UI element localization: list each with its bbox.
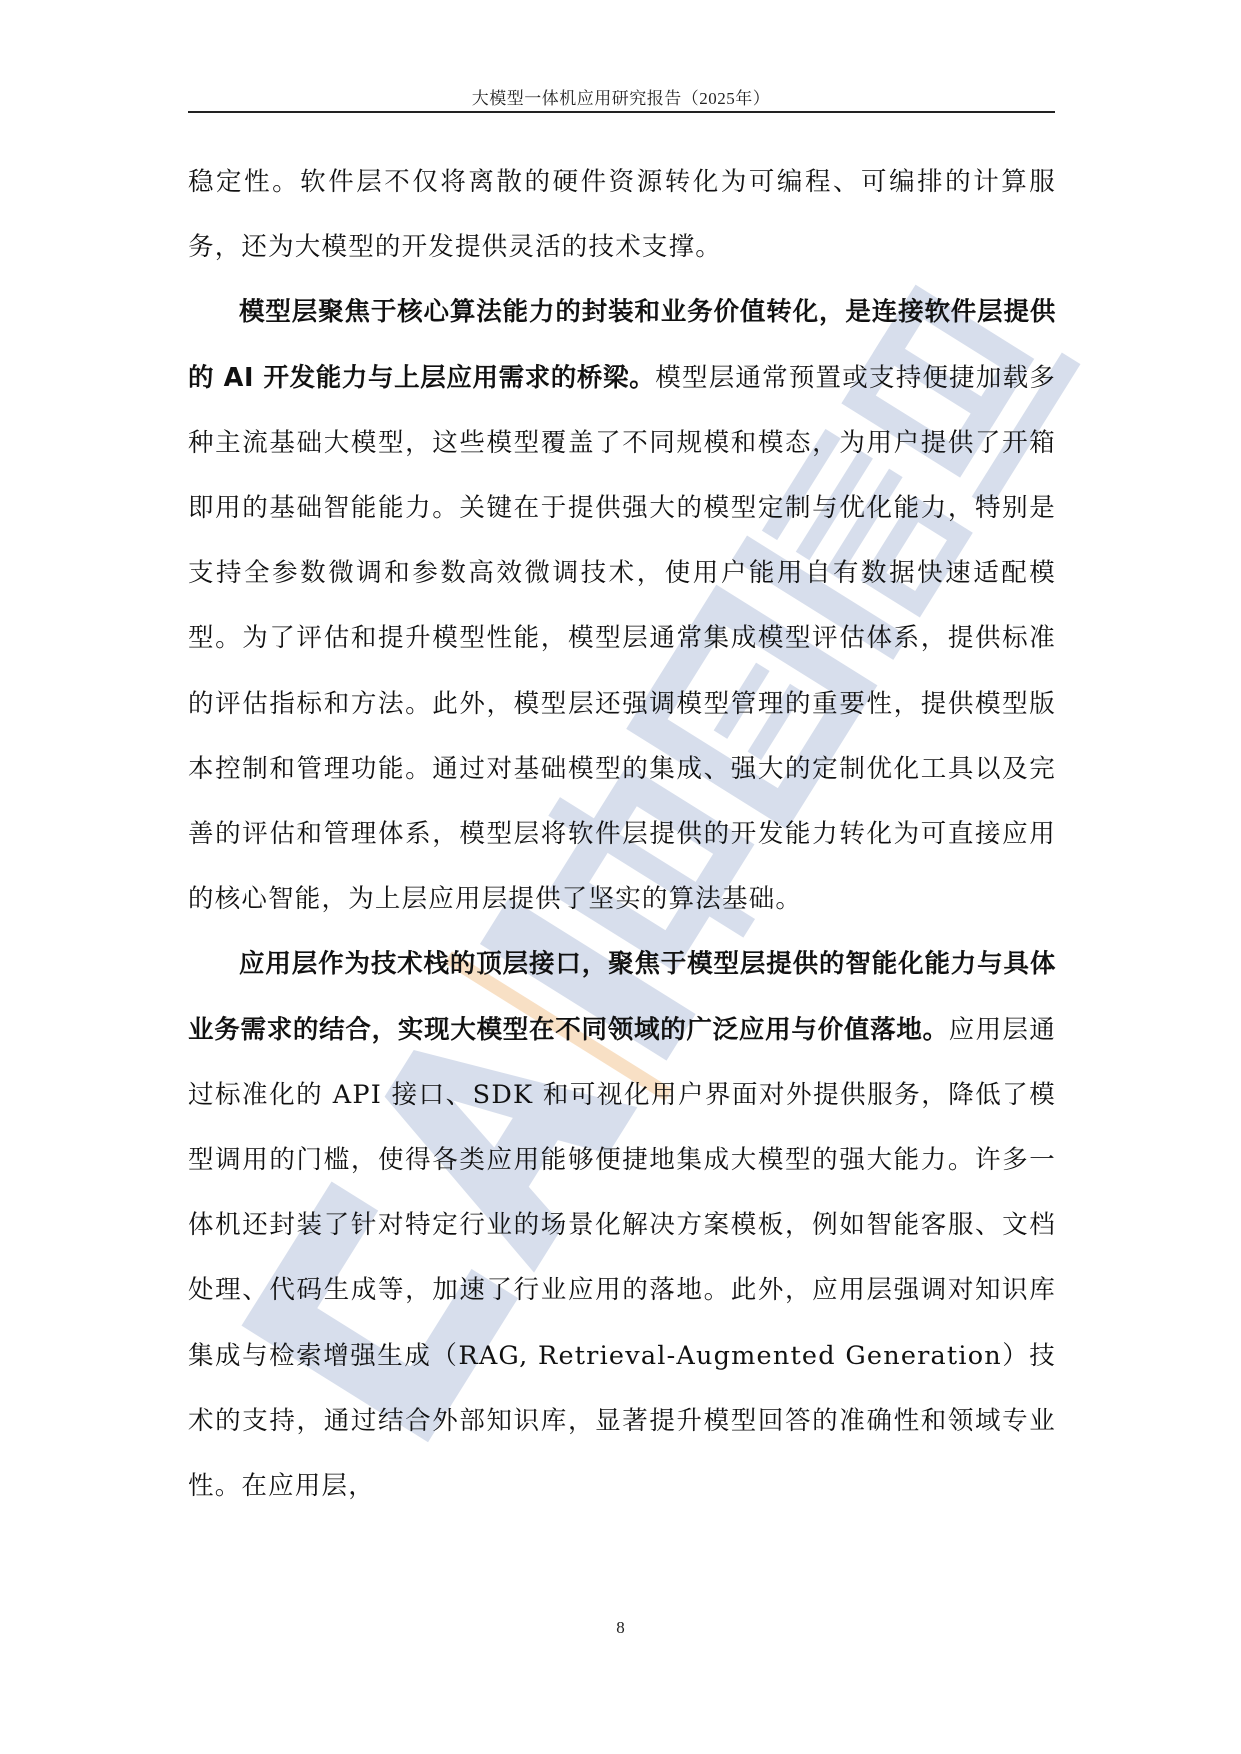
paragraph-bold-lead: 应用层作为技术栈的顶层接口，聚焦于模型层提供的智能化能力与具体业务需求的结合，实… <box>188 949 1056 1044</box>
paragraph-continuation: 稳定性。软件层不仅将离散的硬件资源转化为可编程、可编排的计算服务，还为大模型的开… <box>188 150 1056 280</box>
page-number: 8 <box>0 1618 1241 1638</box>
paragraph-application-layer: 应用层作为技术栈的顶层接口，聚焦于模型层提供的智能化能力与具体业务需求的结合，实… <box>188 932 1056 1519</box>
paragraph-text: 稳定性。软件层不仅将离散的硬件资源转化为可编程、可编排的计算服务，还为大模型的开… <box>188 167 1056 262</box>
running-header: 大模型一体机应用研究报告（2025年） <box>188 84 1054 109</box>
header-divider <box>188 111 1055 113</box>
paragraph-text: 模型层通常预置或支持便捷加载多种主流基础大模型，这些模型覆盖了不同规模和模态，为… <box>188 363 1056 915</box>
paragraph-model-layer: 模型层聚焦于核心算法能力的封装和业务价值转化，是连接软件层提供的 AI 开发能力… <box>188 280 1056 932</box>
paragraph-text: 应用层通过标准化的 API 接口、SDK 和可视化用户界面对外提供服务，降低了模… <box>188 1015 1056 1501</box>
document-body: 稳定性。软件层不仅将离散的硬件资源转化为可编程、可编排的计算服务，还为大模型的开… <box>188 150 1056 1519</box>
